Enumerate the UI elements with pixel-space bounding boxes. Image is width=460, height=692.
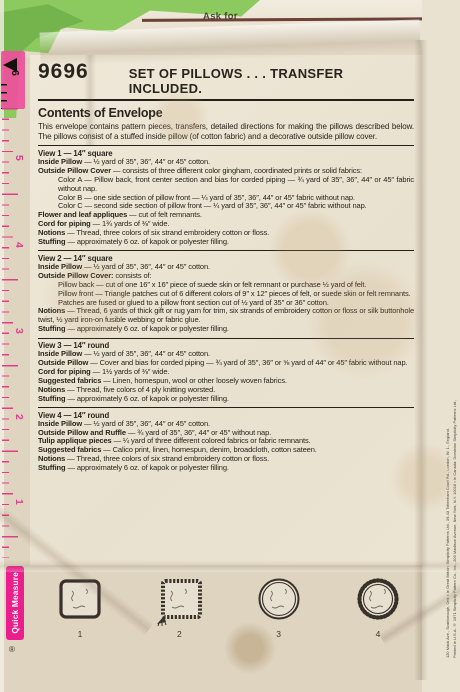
quick-measure-text: Quick Measure [10, 572, 20, 634]
header-rule [38, 99, 414, 101]
quick-measure-label: Quick Measure [6, 566, 24, 640]
pillow-diagram-2: 2 [133, 576, 225, 639]
ruler-number-2: 2 [13, 414, 25, 426]
pillow-diagrams-row: 1234 [34, 576, 424, 639]
diagram-number: 2 [177, 629, 182, 639]
pillow-sketch-round [255, 576, 303, 628]
header-row: 9696 SET OF PILLOWS . . . TRANSFER INCLU… [38, 60, 414, 96]
view-section-4: View 4 — 14″ roundInside Pillow — ½ yard… [38, 408, 414, 476]
ruler-number-4: 4 [13, 242, 25, 254]
view-section-2: View 2 — 14″ squareInside Pillow — ½ yar… [38, 251, 414, 338]
copyright-line-2: 120 Mack Ave., Scarborough, Ont. • In Gr… [445, 58, 450, 658]
ruler-number-3: 3 [13, 328, 25, 340]
diagram-number: 1 [78, 629, 83, 639]
pillow-sketch-square [56, 576, 104, 628]
ruler-number-6: 6 [9, 70, 21, 82]
contents-heading: Contents of Envelope [38, 106, 414, 120]
ruler-number-5: 5 [13, 155, 25, 167]
intro-paragraph: This envelope contains pattern pieces, t… [38, 122, 414, 146]
registered-mark: ® [9, 645, 15, 654]
content-line: Stuffing — approximately 6 oz. of kapok … [38, 238, 414, 247]
pattern-number: 9696 [38, 60, 89, 84]
pillow-diagram-1: 1 [34, 576, 126, 639]
content-line: Stuffing — approximately 6 oz. of kapok … [38, 464, 414, 473]
view-section-1: View 1 — 14″ squareInside Pillow — ½ yar… [38, 146, 414, 251]
content-line: Color A — Pillow back, front center sect… [38, 176, 414, 194]
copyright-line-1: Printed in U.S.A. © 1971 Simplicity Patt… [452, 58, 457, 658]
pillow-diagram-4: 4 [332, 576, 424, 639]
diagram-number: 3 [276, 629, 281, 639]
view-sections: View 1 — 14″ squareInside Pillow — ½ yar… [38, 146, 414, 476]
ruler-black-ticks [1, 84, 7, 109]
content-line: Stuffing — approximately 6 oz. of kapok … [38, 325, 414, 334]
view-section-3: View 3 — 14″ roundInside Pillow — ½ yard… [38, 339, 414, 408]
content-line: Notions — Thread, 6 yards of thick gift … [38, 307, 414, 325]
pillow-sketch-square-tassel [155, 576, 203, 628]
contents-panel: 9696 SET OF PILLOWS . . . TRANSFER INCLU… [30, 55, 422, 565]
flap-ask-for-text: Ask for [203, 11, 238, 23]
pillow-sketch-round-loop [354, 576, 402, 628]
ruler-number-1: 1 [13, 499, 25, 511]
content-line: Stuffing — approximately 6 oz. of kapok … [38, 395, 414, 404]
diagram-number: 4 [376, 629, 381, 639]
pillow-diagram-3: 3 [233, 576, 325, 639]
pattern-envelope-back: Ask for 9696 SET OF PILLOWS . . . TRANSF… [0, 0, 460, 692]
copyright-side-text: 120 Mack Ave., Scarborough, Ont. • In Gr… [445, 58, 457, 658]
envelope-title: SET OF PILLOWS . . . TRANSFER INCLUDED. [129, 66, 414, 96]
